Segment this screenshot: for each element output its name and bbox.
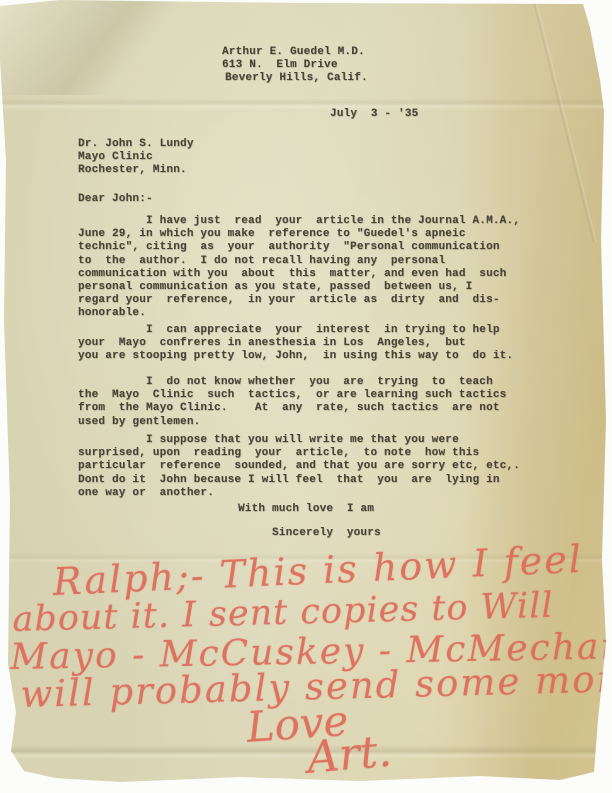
- letterhead-street: 613 N. Elm Drive: [222, 59, 338, 72]
- letter-scan: Arthur E. Guedel M.D. 613 N. Elm Drive B…: [0, 0, 612, 793]
- body-paragraph-2: I can appreciate your interest in trying…: [78, 324, 548, 364]
- paper-crease-diagonal: [530, 0, 597, 242]
- recipient-org: Mayo Clinic: [78, 151, 153, 164]
- paper-crease-top-left: [0, 0, 220, 95]
- letterhead-city: Beverly Hills, Calif.: [225, 72, 368, 85]
- recipient-city: Rochester, Minn.: [78, 164, 187, 177]
- handwritten-signature: Art.: [305, 726, 394, 784]
- paper-sheet: Arthur E. Guedel M.D. 613 N. Elm Drive B…: [0, 0, 612, 793]
- salutation: Dear John:-: [78, 193, 153, 206]
- closing-line: With much love I am: [238, 503, 374, 516]
- paper-fold-line-top: [0, 98, 612, 110]
- signoff-line: Sincerely yours: [272, 527, 381, 540]
- body-paragraph-3: I do not know whether you are trying to …: [78, 376, 548, 429]
- recipient-name: Dr. John S. Lundy: [78, 138, 194, 151]
- letter-date: July 3 - '35: [330, 108, 418, 121]
- body-paragraph-1: I have just read your article in the Jou…: [78, 215, 548, 321]
- letterhead-name: Arthur E. Guedel M.D.: [222, 46, 365, 59]
- body-paragraph-4: I suppose that you will write me that yo…: [78, 434, 558, 500]
